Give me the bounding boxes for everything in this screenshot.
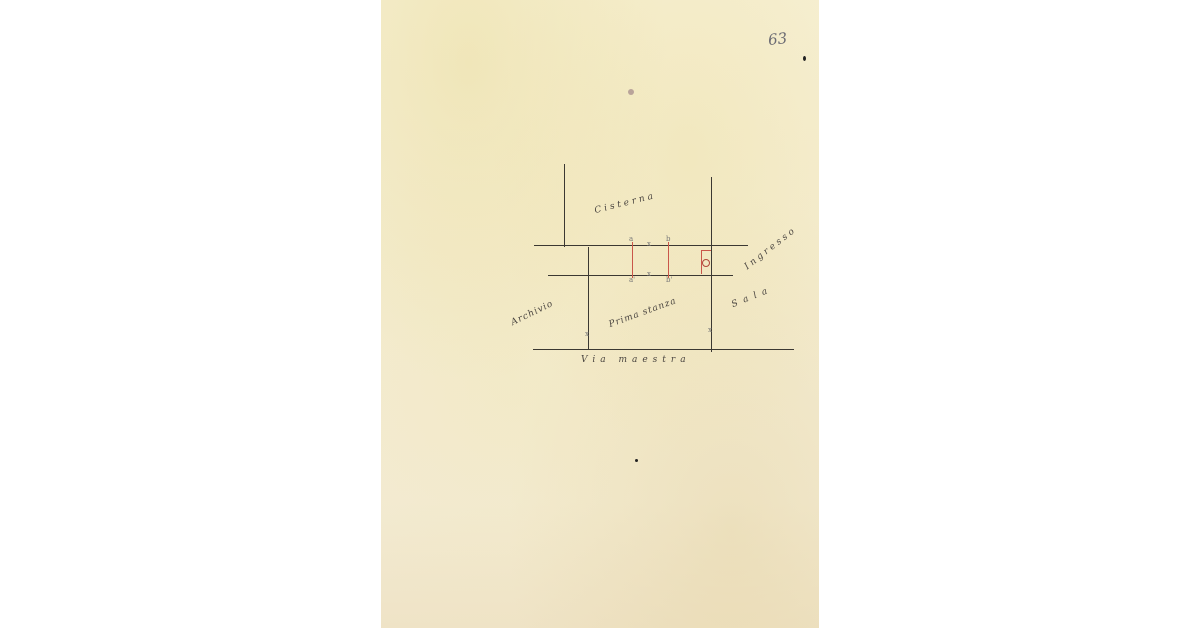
well-circle: [702, 259, 710, 267]
mark-x-top: x: [647, 240, 651, 248]
mark-x-left: x: [585, 330, 589, 338]
wall-bottom-corridor: [548, 275, 733, 276]
wall-cisterna-left: [564, 164, 565, 247]
label-cisterna: Cisterna: [594, 191, 657, 216]
wall-via-maestra: [533, 349, 794, 350]
mark-x-right: x: [708, 326, 712, 334]
label-prima-stanza: Prima stanza: [608, 296, 679, 330]
page-number: 63: [767, 29, 788, 49]
label-archivio: Archivio: [510, 299, 556, 328]
mark-a-prime: a': [629, 276, 635, 284]
mark-x-bottom: x: [647, 270, 651, 278]
red-measure-a: [632, 242, 633, 278]
mark-b: b: [666, 235, 670, 243]
label-sala: Sala: [730, 284, 774, 310]
mark-b-prime: b': [666, 276, 672, 284]
mark-a: a: [629, 235, 633, 243]
stain-spot: [628, 89, 634, 95]
ink-spot: [635, 459, 638, 462]
wall-top-corridor: [534, 245, 748, 246]
label-ingresso: Ingresso: [743, 225, 799, 272]
label-via-maestra: Via maestra: [581, 355, 691, 365]
ink-spot: [803, 56, 806, 61]
manuscript-page: 63 a a' b b' x x x x Cisterna Ingresso A…: [381, 0, 819, 628]
red-box-top: [701, 250, 711, 251]
red-measure-b: [668, 242, 669, 278]
